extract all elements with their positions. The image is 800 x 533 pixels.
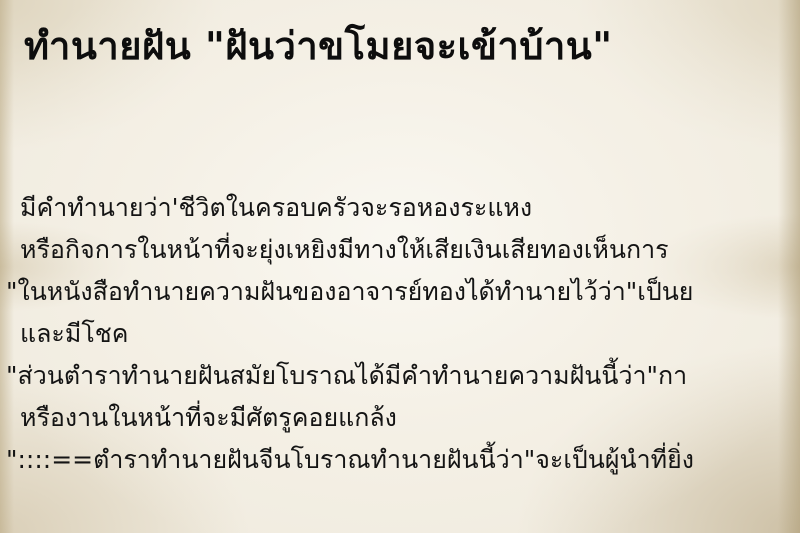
text-line-5: "ส่วนตำราทำนายฝันสมัยโบราณได้มีคำทำนายคว… <box>6 356 687 396</box>
text-line-3: "ในหนังสือทำนายความฝันของอาจารย์ทองได้ทำ… <box>6 272 693 312</box>
text-line-6: หรืองานในหน้าที่จะมีศัตรูคอยแกล้ง <box>20 398 397 438</box>
text-line-2: หรือกิจการในหน้าที่จะยุ่งเหยิงมีทางให้เส… <box>20 230 669 270</box>
text-line-1: มีคำทำนายว่า'ชีวิตในครอบครัวจะรอหองระแหง <box>20 188 532 228</box>
text-line-7: "::::==ตำราทำนายฝันจีนโบราณทำนายฝันนี้ว่… <box>6 440 694 480</box>
text-line-4: และมีโชค <box>20 314 128 354</box>
paper-edge-right <box>778 0 800 533</box>
page-title: ทำนายฝัน "ฝันว่าขโมยจะเข้าบ้าน" <box>24 16 613 76</box>
